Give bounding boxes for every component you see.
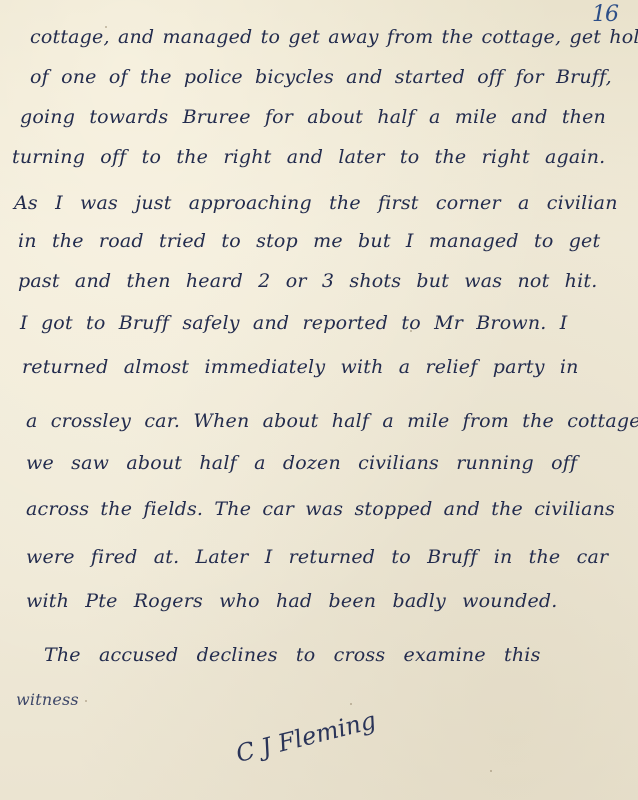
text-line-2: of one of the police bicycles and starte… — [30, 66, 612, 88]
paper-speck — [410, 330, 412, 332]
text-line-3: going towards Bruree for about half a mi… — [20, 106, 606, 128]
text-line-15: The accused declines to cross examine th… — [44, 644, 541, 666]
text-line-9: returned almost immediately with a relie… — [22, 356, 579, 378]
text-line-7: past and then heard 2 or 3 shots but was… — [18, 270, 597, 292]
page-number: 16 — [592, 2, 618, 27]
text-line-4: turning off to the right and later to th… — [12, 146, 605, 168]
paper-speck — [85, 700, 87, 702]
text-line-11: we saw about half a dozen civilians runn… — [26, 452, 577, 474]
text-line-5: As I was just approaching the first corn… — [14, 192, 618, 214]
text-line-13: were fired at. Later I returned to Bruff… — [26, 546, 608, 568]
text-line-6: in the road tried to stop me but I manag… — [18, 230, 600, 252]
text-line-10: a crossley car. When about half a mile f… — [26, 410, 638, 432]
text-line-1: cottage, and managed to get away from th… — [30, 26, 638, 48]
text-line-16: witness — [16, 690, 79, 709]
text-line-14: with Pte Rogers who had been badly wound… — [26, 590, 558, 612]
signature: C J Fleming — [233, 706, 379, 768]
paper-speck — [105, 26, 107, 28]
manuscript-page: 16 cottage, and managed to get away from… — [0, 0, 638, 800]
paper-speck — [490, 770, 492, 772]
paper-speck — [350, 703, 352, 705]
text-line-12: across the fields. The car was stopped a… — [26, 498, 615, 520]
text-line-8: I got to Bruff safely and reported to Mr… — [20, 312, 567, 334]
